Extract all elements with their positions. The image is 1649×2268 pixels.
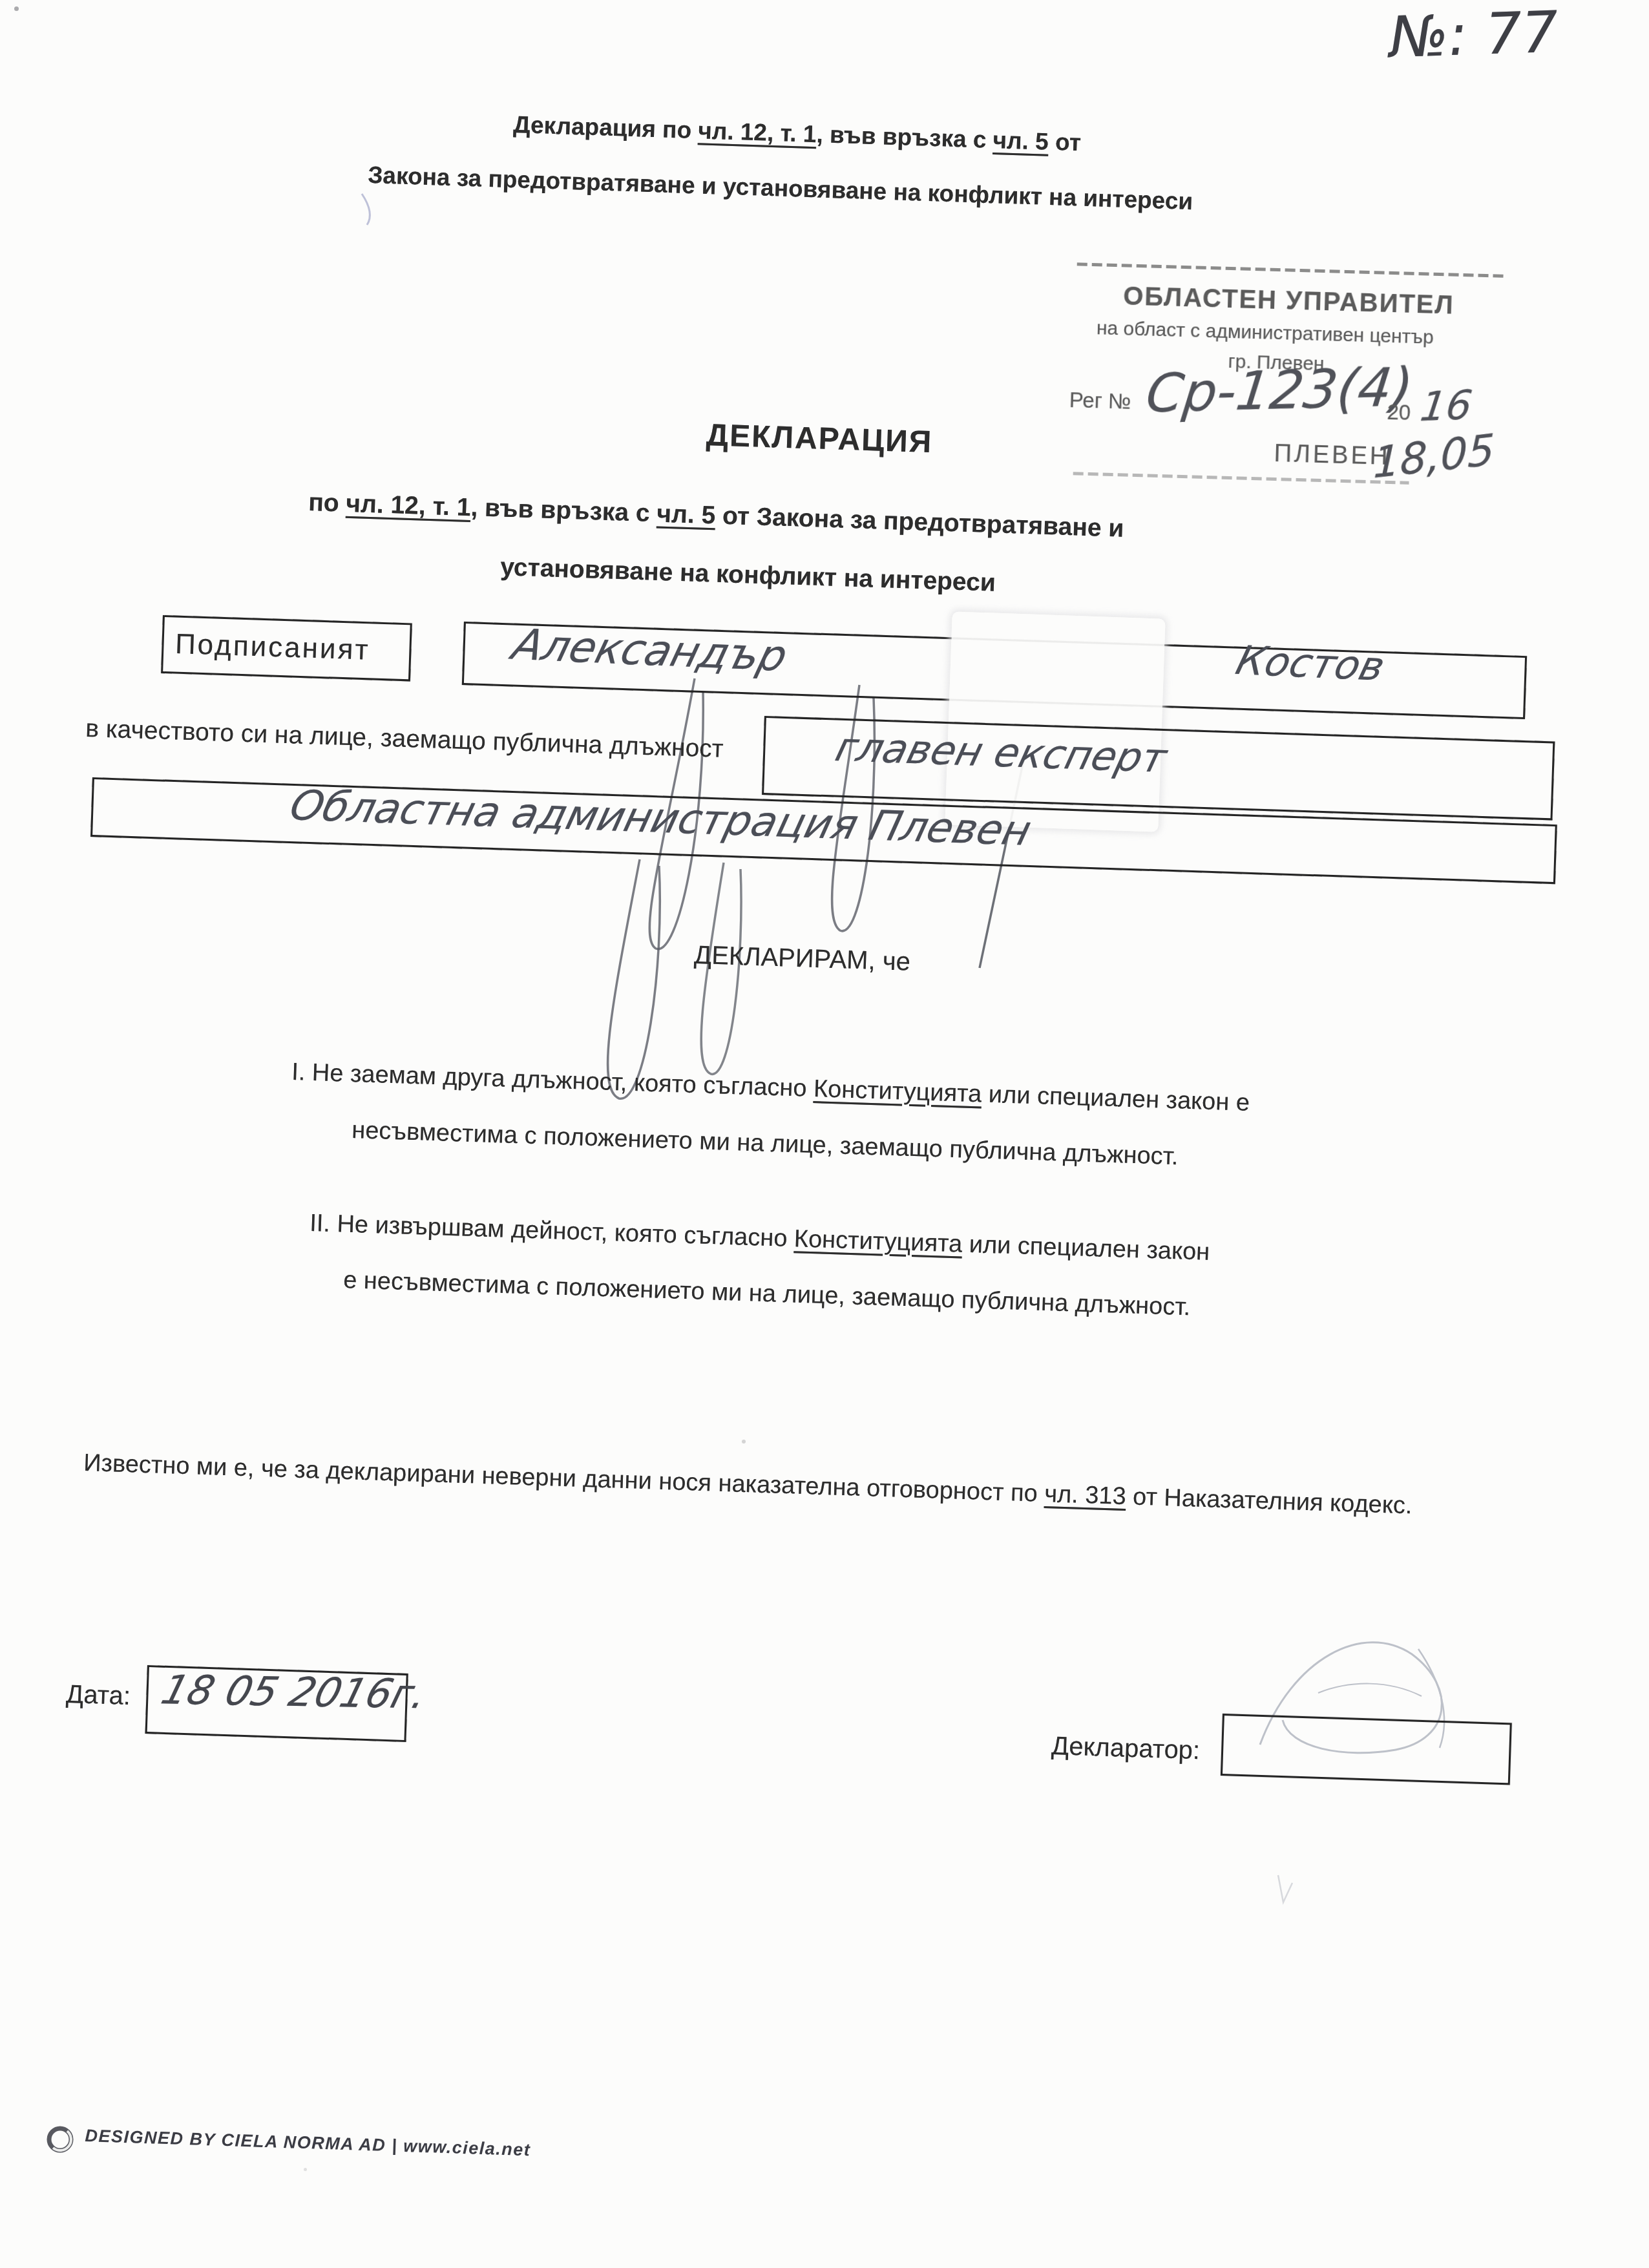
liability-pre: Известно ми е, че за декларирани неверни… [83, 1449, 1045, 1507]
registry-stamp: ОБЛАСТЕН УПРАВИТЕЛ на област с администр… [1062, 258, 1560, 518]
scanned-declaration-document: { "doc_number": "№: 77", "header": { "li… [0, 0, 1649, 2268]
handwritten-doc-number: №: 77 [1388, 0, 1559, 71]
signee-label: Подписаният [174, 628, 370, 667]
header-line-1: Декларация по чл. 12, т. 1, във връзка с… [513, 111, 1082, 156]
declaration-item-1-line-1: I. Не заемам друга длъжност, която съгла… [291, 1058, 1250, 1117]
header-line-2: Закона за предотвратяване и установяване… [368, 162, 1193, 215]
stamp-time-handwritten: 18,05 [1372, 425, 1495, 488]
liability-post: от Наказателния кодекс. [1126, 1483, 1413, 1519]
item-2-post: или специален закон [962, 1231, 1210, 1266]
title-subline-2: установяване на конфликт на интереси [500, 553, 996, 598]
title-subline-1: по чл. 12, т. 1, във връзка с чл. 5 от З… [308, 488, 1124, 543]
item-1-post: или специален закон е [982, 1080, 1250, 1116]
scan-speck [742, 1440, 746, 1444]
declaration-item-1-line-2: несъвместима с положението ми на лице, з… [352, 1117, 1179, 1171]
title-subline-1-post: от Закона за предотвратяване и [715, 501, 1124, 542]
capacity-label: в качеството си на лице, заемащо публичн… [85, 715, 724, 764]
liability-statement: Известно ми е, че за декларирани неверни… [83, 1449, 1413, 1520]
declaration-item-2-line-2: е несъвместима с положението ми на лице,… [343, 1266, 1191, 1321]
handwritten-last-name: Костов [1232, 636, 1390, 689]
stamp-year-handwritten: 16 [1418, 381, 1475, 430]
item-1-pre: I. Не заемам друга длъжност, която съгла… [291, 1058, 814, 1102]
title-subline-1-mid: , във връзка с [470, 494, 657, 527]
ciela-logo-icon [45, 2125, 75, 2154]
item-1-constitution-ref: Конституцията [813, 1075, 982, 1108]
scan-speck [304, 2168, 307, 2171]
header-line-1-article-5: чл. 5 [993, 127, 1049, 155]
header-line-1-mid: , във връзка с [816, 121, 994, 153]
declaration-item-2-line-1: II. Не извършвам дейност, която съгласно… [310, 1210, 1210, 1266]
declare-heading: ДЕКЛАРИРАМ, че [694, 941, 911, 977]
title-subline-1-pre: по [308, 488, 347, 518]
header-line-1-article-12: чл. 12, т. 1 [698, 117, 817, 147]
stamp-bottom-edge [1073, 472, 1409, 485]
page-title: ДЕКЛАРАЦИЯ [706, 417, 933, 460]
declarator-label: Декларатор: [1051, 1732, 1201, 1765]
title-subline-1-article-12: чл. 12, т. 1 [346, 490, 471, 521]
item-2-constitution-ref: Конституцията [793, 1225, 963, 1257]
stamp-authority-name: ОБЛАСТЕН УПРАВИТЕЛ [1123, 282, 1455, 320]
stamp-reg-label: Рег № [1069, 388, 1131, 414]
stamp-top-edge [1077, 262, 1504, 277]
stamp-reg-number-handwritten: Ср-123(4) [1143, 357, 1416, 425]
liability-article-313: чл. 313 [1044, 1480, 1127, 1510]
stamp-authority-subtitle: на област с административен център [1097, 317, 1434, 349]
footer-credit: DESIGNED BY CIELA NORMA AD | www.ciela.n… [85, 2126, 531, 2160]
scan-speck [14, 6, 19, 11]
date-label: Дата: [66, 1680, 131, 1711]
declarator-signature-box [1221, 1714, 1512, 1785]
header-line-1-pre: Декларация по [513, 111, 698, 143]
header-line-1-post: от [1048, 129, 1081, 156]
handwritten-date: 18 05 2016г. [156, 1666, 432, 1718]
item-2-pre: II. Не извършвам дейност, която съгласно [310, 1210, 795, 1252]
stamp-year-prefix: 20 [1387, 400, 1411, 425]
title-subline-1-article-5: чл. 5 [656, 499, 716, 529]
